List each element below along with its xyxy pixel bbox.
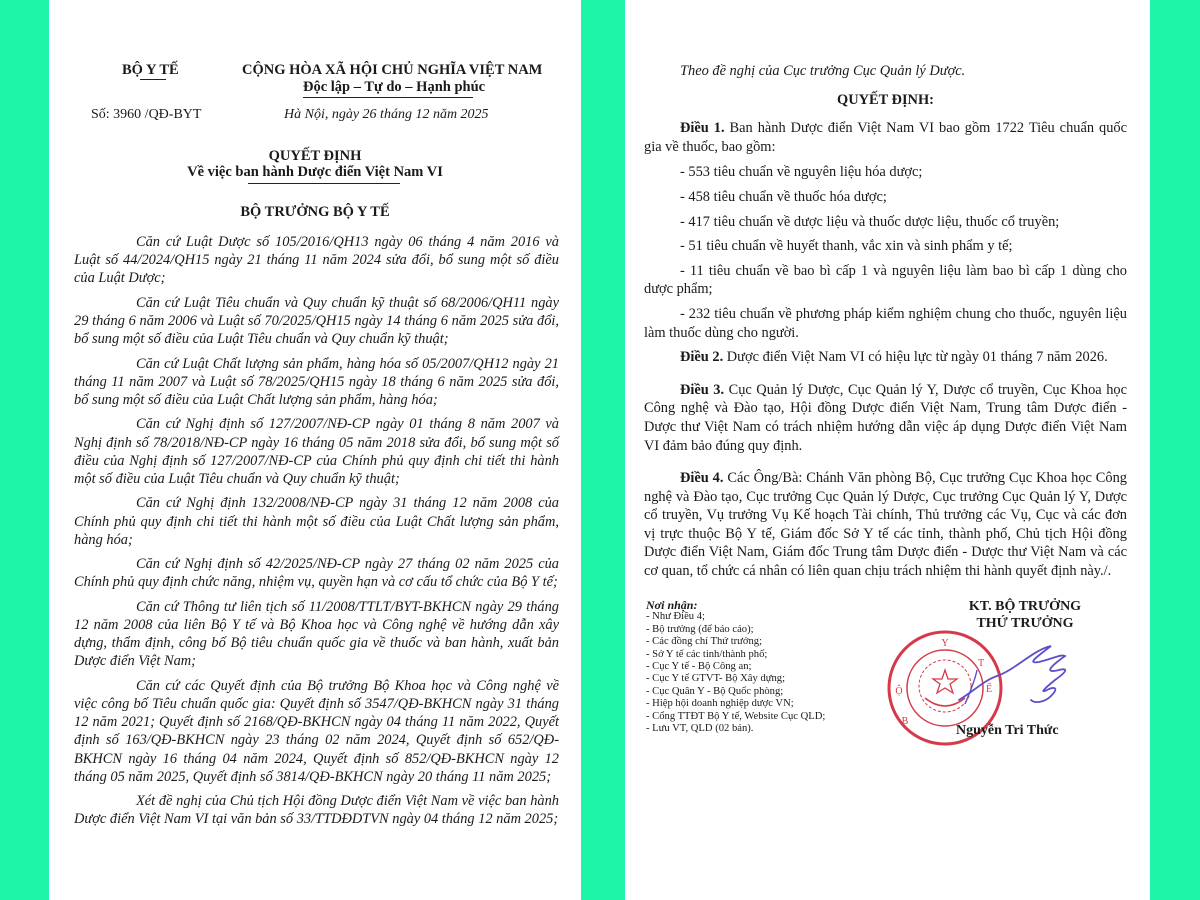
article-2-text: Dược điển Việt Nam VI có hiệu lực từ ngà…	[723, 349, 1108, 365]
document-page-2: Theo đề nghị của Cục trưởng Cục Quản lý …	[625, 0, 1150, 900]
preamble-paragraph: Căn cứ Luật Chất lượng sản phẩm, hàng hó…	[74, 355, 559, 410]
svg-text:B: B	[902, 716, 909, 727]
recipient-item: - Cục Quân Y - Bộ Quốc phòng;	[646, 686, 825, 698]
svg-text:Y: Y	[941, 638, 948, 649]
article-4-text: Các Ông/Bà: Chánh Văn phòng Bộ, Cục trưở…	[644, 470, 1127, 579]
recipient-item: - Như Điều 4;	[646, 611, 825, 623]
issuing-authority: BỘ TRƯỞNG BỘ Y TẾ	[49, 204, 581, 221]
document-title: QUYẾT ĐỊNH	[49, 148, 581, 165]
recipient-item: - Cục Y tế - Bộ Công an;	[646, 661, 825, 673]
handwritten-signature-icon	[955, 640, 1075, 710]
document-page-1: BỘ Y TẾ CỘNG HÒA XÃ HỘI CHỦ NGHĨA VIỆT N…	[49, 0, 581, 900]
decision-heading: QUYẾT ĐỊNH:	[644, 91, 1127, 110]
signer-name: Nguyễn Tri Thức	[956, 723, 1059, 739]
article-1-item: - 417 tiêu chuẩn về dược liệu và thuốc d…	[644, 213, 1127, 232]
recipient-item: - Các đồng chí Thứ trưởng;	[646, 636, 825, 648]
article-3-label: Điều 3.	[680, 382, 724, 398]
document-subtitle: Về việc ban hành Dược điển Việt Nam VI	[49, 164, 581, 181]
document-number: Số: 3960 /QĐ-BYT	[91, 107, 201, 123]
article-2-label: Điều 2.	[680, 349, 723, 365]
article-1-item: - 458 tiêu chuẩn về thuốc hóa dược;	[644, 188, 1127, 207]
subtitle-underline	[248, 183, 400, 184]
preamble-paragraph: Xét đề nghị của Chủ tịch Hội đồng Dược đ…	[74, 792, 559, 828]
recipient-item: - Cổng TTĐT Bộ Y tế, Website Cục QLD;	[646, 711, 825, 723]
recipient-item: - Hiệp hội doanh nghiệp dược VN;	[646, 698, 825, 710]
motto-underline	[303, 97, 473, 98]
preamble-paragraph: Căn cứ Luật Tiêu chuẩn và Quy chuẩn kỹ t…	[74, 294, 559, 349]
recipients-title: Nơi nhận:	[646, 599, 825, 611]
preamble-paragraph: Căn cứ Nghị định số 42/2025/NĐ-CP ngày 2…	[74, 555, 559, 591]
article-2: Điều 2. Dược điển Việt Nam VI có hiệu lự…	[644, 348, 1127, 367]
article-3: Điều 3. Cục Quản lý Dược, Cục Quản lý Y,…	[644, 381, 1127, 455]
national-motto: Độc lập – Tự do – Hạnh phúc	[303, 79, 485, 96]
article-4-label: Điều 4.	[680, 470, 723, 486]
svg-text:Ộ: Ộ	[895, 685, 902, 697]
preamble-paragraph: Căn cứ Nghị định 132/2008/NĐ-CP ngày 31 …	[74, 494, 559, 549]
article-1-item: - 51 tiêu chuẩn về huyết thanh, vắc xin …	[644, 237, 1127, 256]
preamble-paragraph: Căn cứ Nghị định số 127/2007/NĐ-CP ngày …	[74, 415, 559, 488]
signer-authority: KT. BỘ TRƯỞNG	[925, 599, 1125, 615]
recipient-item: - Lưu VT, QLD (02 bản).	[646, 723, 825, 735]
decision-body: Theo đề nghị của Cục trưởng Cục Quản lý …	[644, 62, 1127, 588]
article-1: Điều 1. Ban hành Dược điển Việt Nam VI b…	[644, 119, 1127, 156]
document-place-date: Hà Nội, ngày 26 tháng 12 năm 2025	[284, 107, 489, 123]
article-4: Điều 4. Các Ông/Bà: Chánh Văn phòng Bộ, …	[644, 469, 1127, 581]
article-1-item: - 232 tiêu chuẩn về phương pháp kiểm ngh…	[644, 305, 1127, 342]
preamble-paragraph: Căn cứ Thông tư liên tịch số 11/2008/TTL…	[74, 598, 559, 671]
recipient-item: - Bộ trưởng (để báo cáo);	[646, 624, 825, 636]
preamble-paragraph: Căn cứ Luật Dược số 105/2016/QH13 ngày 0…	[74, 233, 559, 288]
country-name: CỘNG HÒA XÃ HỘI CHỦ NGHĨA VIỆT NAM	[242, 62, 542, 79]
article-1-label: Điều 1.	[680, 120, 725, 136]
article-1-item: - 11 tiêu chuẩn về bao bì cấp 1 và nguyê…	[644, 262, 1127, 299]
preamble-paragraph: Căn cứ các Quyết định của Bộ trưởng Bộ K…	[74, 677, 559, 786]
proposal-intro: Theo đề nghị của Cục trưởng Cục Quản lý …	[644, 62, 1127, 81]
ministry-underline	[140, 79, 166, 80]
recipient-item: - Cục Y tế GTVT- Bộ Xây dựng;	[646, 673, 825, 685]
article-1-item: - 553 tiêu chuẩn về nguyên liệu hóa dược…	[644, 163, 1127, 182]
recipients-list: Nơi nhận: - Như Điều 4; - Bộ trưởng (để …	[646, 599, 825, 735]
preamble: Căn cứ Luật Dược số 105/2016/QH13 ngày 0…	[74, 233, 559, 835]
recipient-item: - Sở Y tế các tỉnh/thành phố;	[646, 649, 825, 661]
ministry-name: BỘ Y TẾ	[122, 62, 179, 79]
